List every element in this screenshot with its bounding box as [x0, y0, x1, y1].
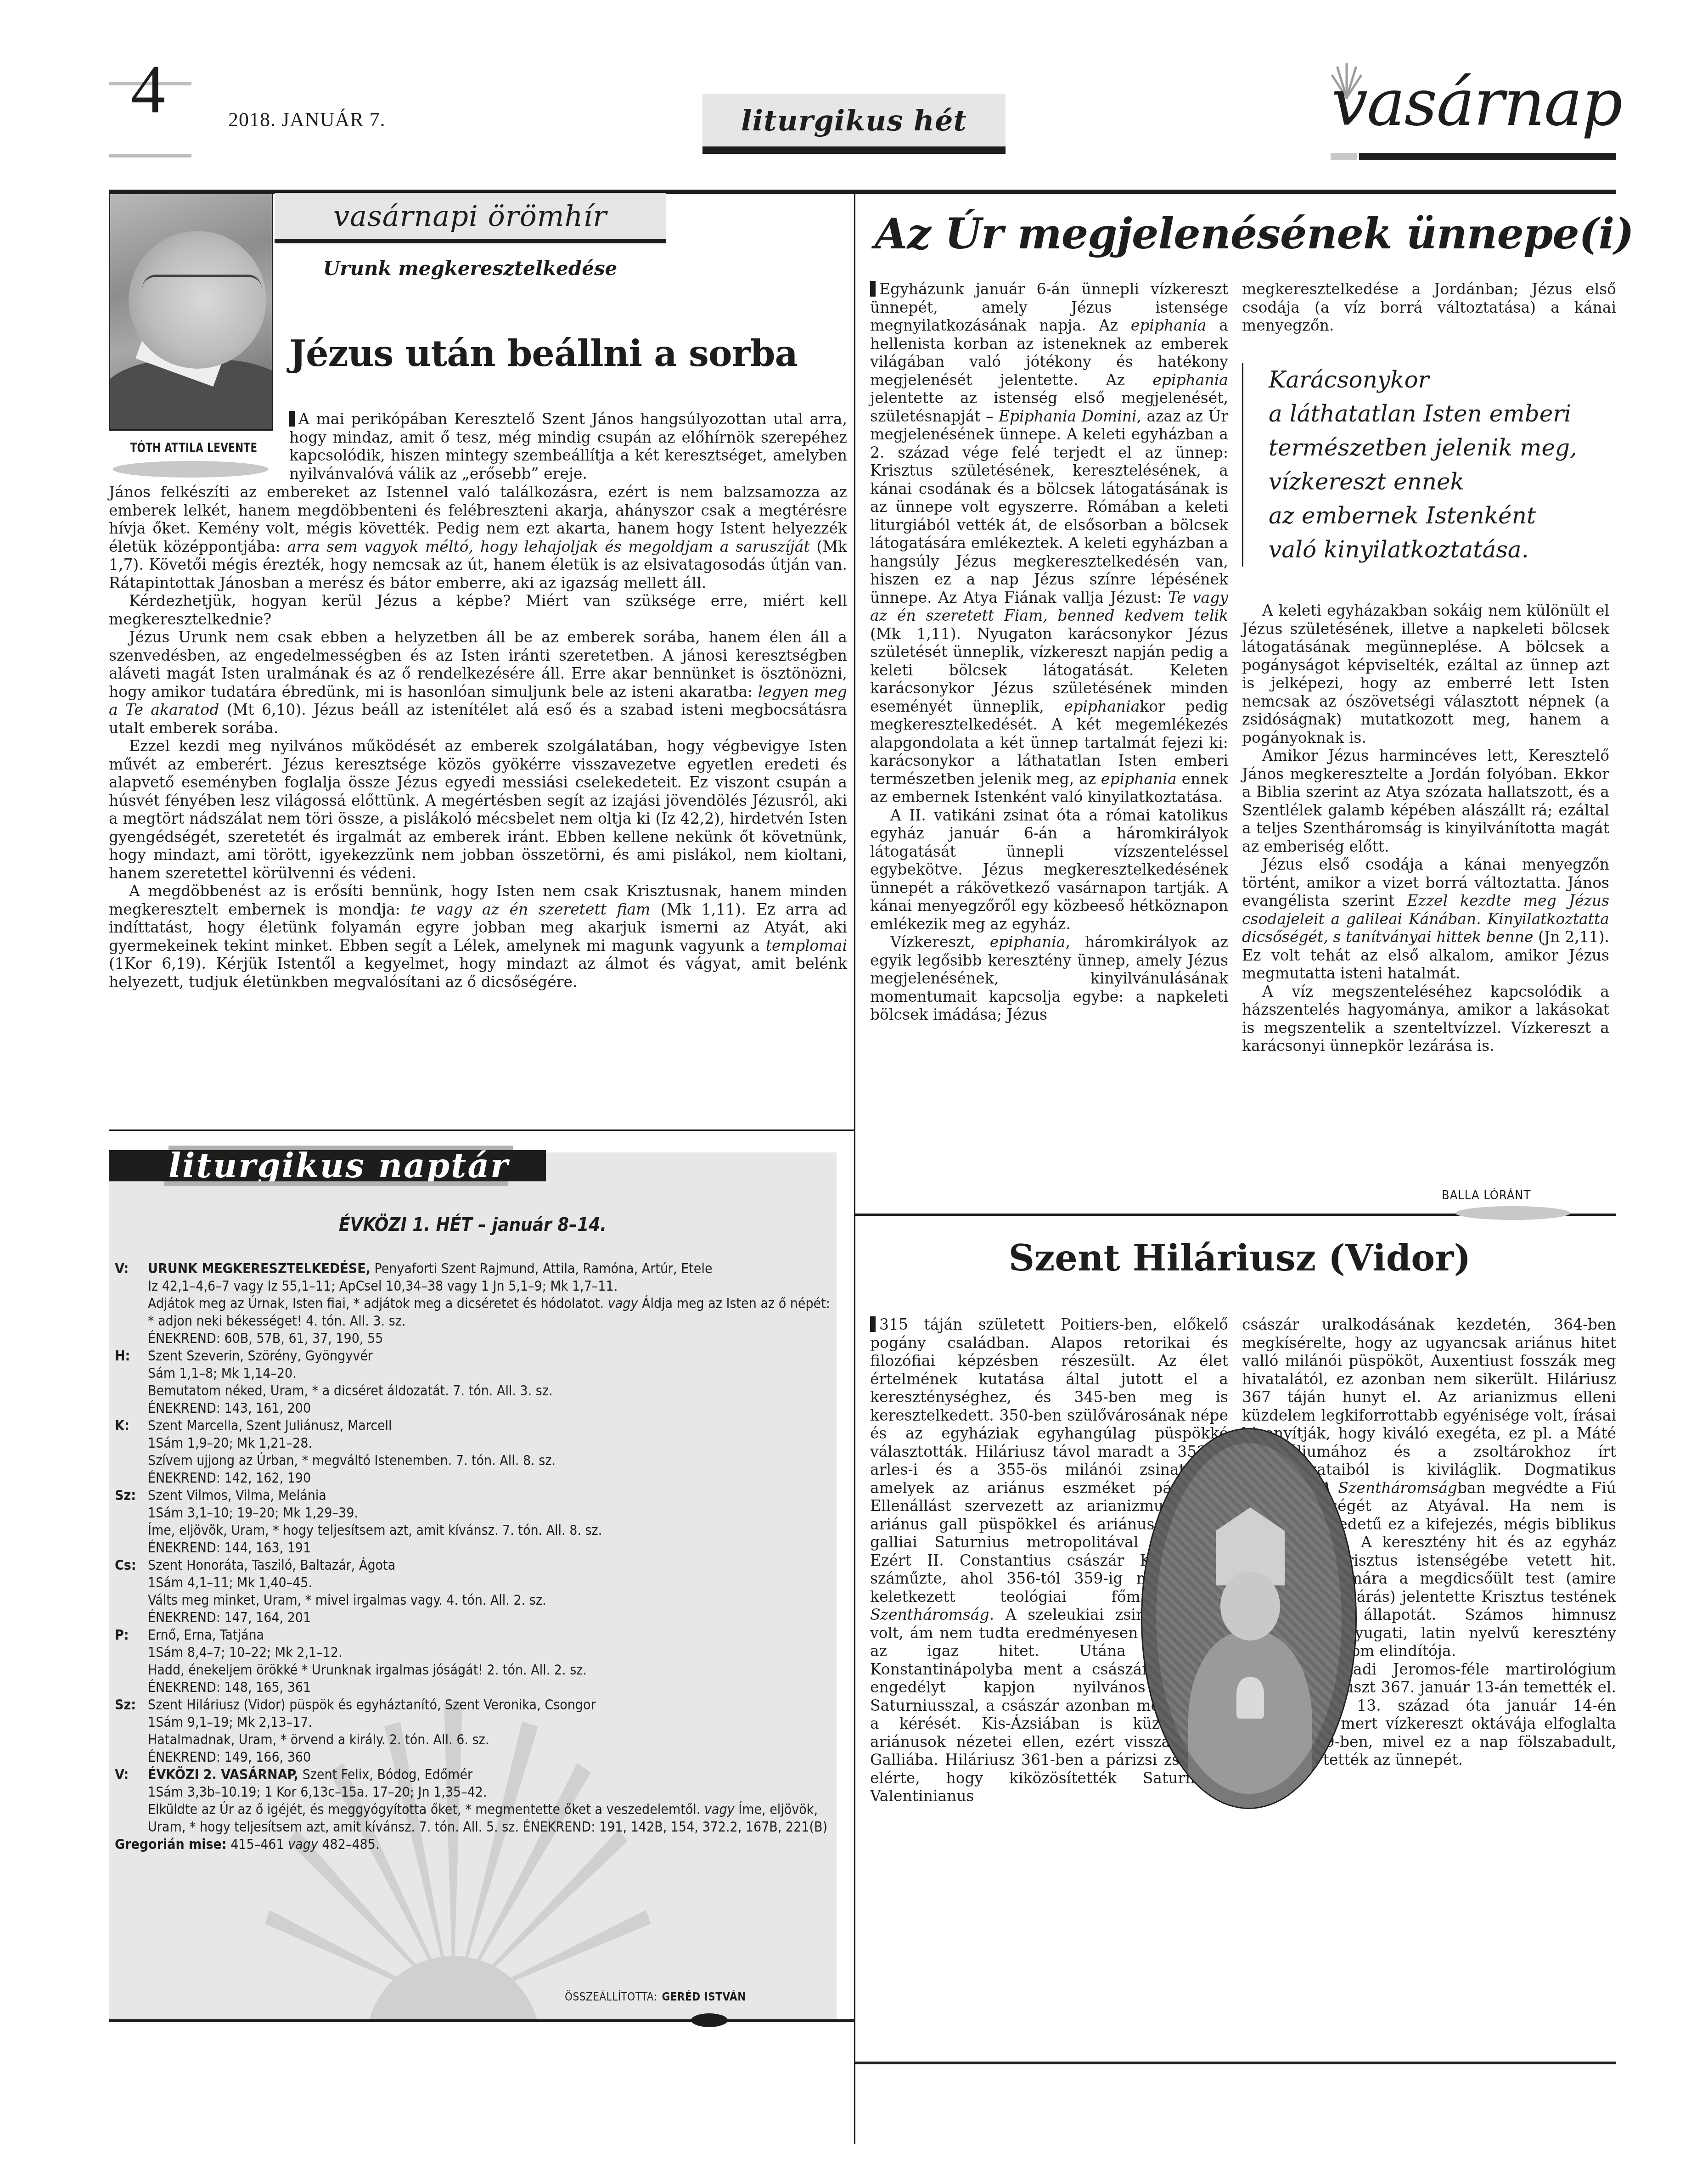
- black-bar-icon: [870, 281, 876, 297]
- column-divider: [854, 193, 855, 2144]
- hilarius-headline: Szent Hiláriusz (Vidor): [854, 1237, 1616, 1279]
- pull-quote: Karácsonykor a láthatatlan Isten emberi …: [1242, 363, 1616, 567]
- column-heading: vasárnapi örömhír: [275, 193, 666, 243]
- calendar-ellipse-ornament: [691, 2013, 728, 2027]
- section-tag: liturgikus hét: [702, 94, 1006, 154]
- sermon-body: János felkészíti az embereket az Istenne…: [109, 483, 847, 991]
- sermon-bottom-rule: [109, 1129, 854, 1131]
- epiphany-column-1: Egyházunk január 6-án ünnepli vízkereszt…: [870, 280, 1228, 1024]
- masthead-underline-accent: [1331, 153, 1357, 160]
- epiphany-paragraph: Amikor Jézus harmincéves lett, Keresztel…: [1242, 747, 1609, 855]
- calendar-day: H: Szent Szeverin, Szörény, Gyöngyvér Sá…: [115, 1348, 831, 1417]
- calendar-day: Sz: Szent Hiláriusz (Vidor) püspök és eg…: [115, 1697, 831, 1766]
- black-bar-icon: [289, 411, 295, 427]
- epiphany-paragraph: Jézus első csodája a kánai menyegzőn tör…: [1242, 855, 1609, 983]
- masthead-logo: vasárnap: [1332, 71, 1622, 135]
- issue-date: 2018. JANUÁR 7.: [228, 108, 386, 131]
- page-number-bar-bottom: [109, 154, 191, 157]
- calendar-title-bar: liturgikus naptár: [109, 1150, 546, 1181]
- calendar-day: V: URUNK MEGKERESZTELKEDÉSE, Penyaforti …: [115, 1260, 831, 1348]
- sermon-headline: Jézus után beállni a sorba: [289, 333, 798, 375]
- epiphany-paragraph: A II. vatikáni zsinat óta a római katoli…: [870, 806, 1228, 933]
- calendar-day: Sz: Szent Vilmos, Vilma, Melánia 1Sám 3,…: [115, 1487, 831, 1557]
- hilarius-bottom-rule: [854, 2062, 1616, 2064]
- epiphany-paragraph: A keleti egyházakban sokáig nem különült…: [1242, 601, 1609, 747]
- calendar-title: liturgikus naptár: [169, 1149, 509, 1182]
- sermon-paragraph: Jézus Urunk nem csak ebben a helyzetben …: [109, 628, 847, 737]
- sermon-paragraph: A megdöbbenést az is erősíti bennünk, ho…: [109, 882, 847, 991]
- epiphany-paragraph: Vízkereszt, epiphania, háromkirályok az …: [870, 933, 1228, 1024]
- epiphany-column-2-top: megkeresztelkedése a Jordánban; Jézus el…: [1242, 280, 1616, 335]
- calendar-week: ÉVKÖZI 1. HÉT – január 8–14.: [109, 1214, 837, 1236]
- section-tag-label: liturgikus hét: [741, 104, 967, 137]
- epiphany-column-2: A keleti egyházakban sokáig nem különült…: [1242, 601, 1609, 1055]
- author-ellipse-ornament: [112, 461, 269, 478]
- author-name: TÓTH ATTILA LEVENTE: [124, 440, 263, 455]
- sermon-lead: A mai perikópában Keresztelő Szent János…: [289, 410, 847, 483]
- calendar-compiled-by: ÖSSZEÁLLÍTOTTA:GERÉD ISTVÁN: [565, 1990, 746, 2003]
- calendar-bottom-rule: [109, 2019, 854, 2022]
- calendar-day: Cs: Szent Honoráta, Tasziló, Baltazár, Á…: [115, 1557, 831, 1627]
- calendar-day: K: Szent Marcella, Szent Juliánusz, Marc…: [115, 1417, 831, 1487]
- epiphany-paragraph: megkeresztelkedése a Jordánban; Jézus el…: [1242, 280, 1616, 335]
- epiphany-ellipse-ornament: [1455, 1206, 1570, 1220]
- column-subtitle: Urunk megkeresztelkedése: [275, 257, 666, 280]
- saint-hilarius-image: [1141, 1428, 1357, 1809]
- black-bar-icon: [870, 1316, 876, 1332]
- epiphany-author: BALLA LÓRÁNT: [1442, 1188, 1531, 1203]
- sermon-paragraph: Ezzel kezdi meg nyilvános működését az e…: [109, 737, 847, 882]
- calendar-day: P: Ernő, Erna, Tatjána 1Sám 8,4–7; 10–22…: [115, 1627, 831, 1697]
- sermon-paragraph: Kérdezhetjük, hogyan kerül Jézus a képbe…: [109, 592, 847, 628]
- sermon-lead-text: A mai perikópában Keresztelő Szent János…: [289, 410, 847, 483]
- masthead-underline: [1359, 153, 1616, 160]
- calendar-list: V: URUNK MEGKERESZTELKEDÉSE, Penyaforti …: [115, 1260, 831, 1854]
- calendar-title-accent-bottom: [164, 1181, 508, 1186]
- page-number: 4: [131, 55, 165, 124]
- epiphany-paragraph: A víz megszenteléséhez kapcsolódik a ház…: [1242, 983, 1609, 1055]
- author-photo: [109, 193, 273, 431]
- epiphany-paragraph: Egyházunk január 6-án ünnepli vízkereszt…: [870, 280, 1228, 806]
- calendar-day: V: ÉVKÖZI 2. VASÁRNAP, Szent Felix, Bódo…: [115, 1766, 831, 1836]
- column-heading-label: vasárnapi örömhír: [333, 199, 607, 233]
- epiphany-headline: Az Úr megjelenésének ünnepe(i): [875, 209, 1634, 258]
- gregorian-mass: Gregorián mise: 415–461 vagy 482–485.: [115, 1836, 831, 1854]
- sermon-paragraph: János felkészíti az embereket az Istenne…: [109, 483, 847, 592]
